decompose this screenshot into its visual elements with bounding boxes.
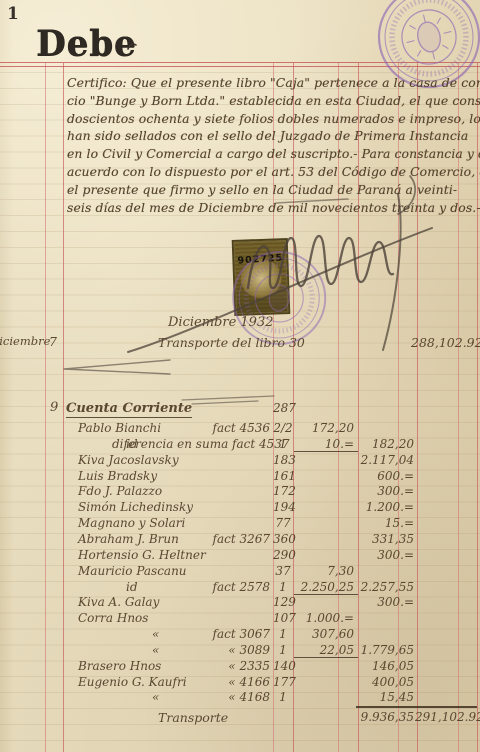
row-account-name: Mauricio Pascanu <box>78 564 187 578</box>
row-folio: 290 <box>273 548 293 562</box>
ledger-row: Abraham J. Brunfact 3267360331,35 <box>0 532 480 548</box>
row-folio: 172 <box>273 484 293 498</box>
row-amount: 600.= <box>358 469 414 483</box>
ledger-row: iddiferencia en suma fact 4537110.=182,2… <box>0 437 480 453</box>
certification-line: doscientos ochenta y siete folios dobles… <box>67 110 473 128</box>
row-amount: 146,05 <box>358 659 414 673</box>
row-account-name: Corra Hnos <box>78 611 148 625</box>
row-amount-partial: 22,05 <box>294 643 354 657</box>
row-folio: 37 <box>273 564 293 578</box>
page-title-debe: Debe <box>36 23 137 65</box>
row-folio: 194 <box>273 500 293 514</box>
certification-text: Certifico: Que el presente libro "Caja" … <box>67 74 473 216</box>
page-number: 1 <box>7 4 19 24</box>
ledger-row: idfact 257812.250,252.257,55 <box>0 580 480 596</box>
margin-month: Diciembre <box>0 334 50 348</box>
transporte-out-subtotal: 9.936,35 <box>352 710 414 724</box>
ledger-row: Kiva A. Galay129300.= <box>0 595 480 611</box>
row-amount: 1.779,65 <box>358 643 414 657</box>
header-rule <box>0 66 480 67</box>
row-detail: fact 3267 <box>112 532 270 546</box>
row-folio: 1 <box>273 437 293 451</box>
row-account-name: Magnano y Solari <box>78 516 185 530</box>
ledger-row: Hortensio G. Heltner290300.= <box>0 548 480 564</box>
ledger-row: «« 3089122,051.779,65 <box>0 643 480 659</box>
row-amount: 300.= <box>358 548 414 562</box>
row-folio: 1 <box>273 580 293 594</box>
ledger-row: Mauricio Pascanu377,30 <box>0 564 480 580</box>
ledger-row: Pablo Bianchifact 45362/2172,20 <box>0 421 480 437</box>
row-amount: 182,20 <box>358 437 414 451</box>
row-amount-partial: 7,30 <box>294 564 354 578</box>
row-detail: « 2335 <box>112 659 270 673</box>
row-folio: 1 <box>273 627 293 641</box>
ledger-row: «fact 30671307,60 <box>0 627 480 643</box>
row-folio: 1 <box>273 643 293 657</box>
row-detail: fact 2578 <box>112 580 270 594</box>
certification-line: acuerdo con lo dispuesto por el art. 53 … <box>67 163 473 181</box>
revenue-stamp-icon: 902725 <box>232 238 291 316</box>
row-amount: 400,05 <box>358 675 414 689</box>
date-heading: Diciembre 1932 <box>168 315 274 330</box>
certification-line: Certifico: Que el presente libro "Caja" … <box>67 74 473 92</box>
ledger-row: Kiva Jacoslavsky1832.117,04 <box>0 453 480 469</box>
row-folio: 161 <box>273 469 293 483</box>
row-amount-partial: 10.= <box>294 437 354 451</box>
row-account-name: Hortensio G. Heltner <box>78 548 206 562</box>
ledger-row: Magnano y Solari7715.= <box>0 516 480 532</box>
row-folio: 107 <box>273 611 293 625</box>
row-amount: 2.117,04 <box>358 453 414 467</box>
row-account-name: Fdo J. Palazzo <box>78 484 162 498</box>
row-account-name: Kiva Jacoslavsky <box>78 453 179 467</box>
row-amount-partial: 172,20 <box>294 421 354 435</box>
ledger-row: Simón Lichedinsky1941.200.= <box>0 500 480 516</box>
row-folio: 1 <box>273 690 293 704</box>
revenue-stamp-number: 902725 <box>230 252 291 267</box>
row-amount-partial: 1.000.= <box>294 611 354 625</box>
row-folio: 77 <box>273 516 293 530</box>
section-folio: 287 <box>273 401 293 415</box>
row-detail: « 3089 <box>112 643 270 657</box>
ledger-row: Fdo J. Palazzo172300.= <box>0 484 480 500</box>
row-amount: 15,45 <box>358 690 414 704</box>
row-folio: 183 <box>273 453 293 467</box>
row-amount: 15.= <box>358 516 414 530</box>
row-folio: 129 <box>273 595 293 609</box>
transporte-in-amount: 288,102.92 <box>411 335 475 350</box>
row-amount: 1.200.= <box>358 500 414 514</box>
row-detail: « 4166 <box>112 675 270 689</box>
row-folio: 360 <box>273 532 293 546</box>
transporte-out-label: Transporte <box>158 710 228 725</box>
row-detail: diferencia en suma fact 4537 <box>112 437 270 451</box>
row-folio: 177 <box>273 675 293 689</box>
row-detail: fact 3067 <box>112 627 270 641</box>
row-account-name: Simón Lichedinsky <box>78 500 193 514</box>
certification-line: en lo Civil y Comercial a cargo del susc… <box>67 145 473 163</box>
transporte-out-total: 291,102.92 <box>415 710 475 724</box>
total-rule <box>356 706 477 708</box>
row-amount: 331,35 <box>358 532 414 546</box>
ledger-row: Eugenio G. Kaufri« 4166177400,05 <box>0 675 480 691</box>
ledger-row: Corra Hnos1071.000.= <box>0 611 480 627</box>
section-title: Cuenta Corriente <box>66 401 192 418</box>
transporte-in-label: Transporte del libro 30 <box>158 335 305 350</box>
ledger-row: «« 4168115,45 <box>0 690 480 706</box>
ledger-row: Brasero Hnos« 2335140146,05 <box>0 659 480 675</box>
row-detail: « 4168 <box>112 690 270 704</box>
row-amount-partial: 2.250,25 <box>294 580 354 594</box>
ledger-row: Luis Bradsky161600.= <box>0 469 480 485</box>
row-folio: 2/2 <box>273 421 293 435</box>
margin-day: 7 <box>49 334 57 349</box>
row-amount: 2.257,55 <box>358 580 414 594</box>
certification-line: el presente que firmo y sello en la Ciud… <box>67 181 473 199</box>
row-account-name: Luis Bradsky <box>78 469 157 483</box>
ledger-page: 1 Debe Certifico: Que el presente libro … <box>0 0 480 752</box>
row-account-name: Kiva A. Galay <box>78 595 159 609</box>
row-amount-partial: 307,60 <box>294 627 354 641</box>
certification-line: han sido sellados con el sello del Juzga… <box>67 127 473 145</box>
row-amount: 300.= <box>358 484 414 498</box>
margin-day-section: 9 <box>50 400 58 415</box>
row-folio: 140 <box>273 659 293 673</box>
row-amount: 300.= <box>358 595 414 609</box>
certification-line: seis días del mes de Diciembre de mil no… <box>67 199 473 217</box>
certification-line: cio "Bunge y Born Ltda." establecida en … <box>67 92 473 110</box>
row-detail: fact 4536 <box>112 421 270 435</box>
